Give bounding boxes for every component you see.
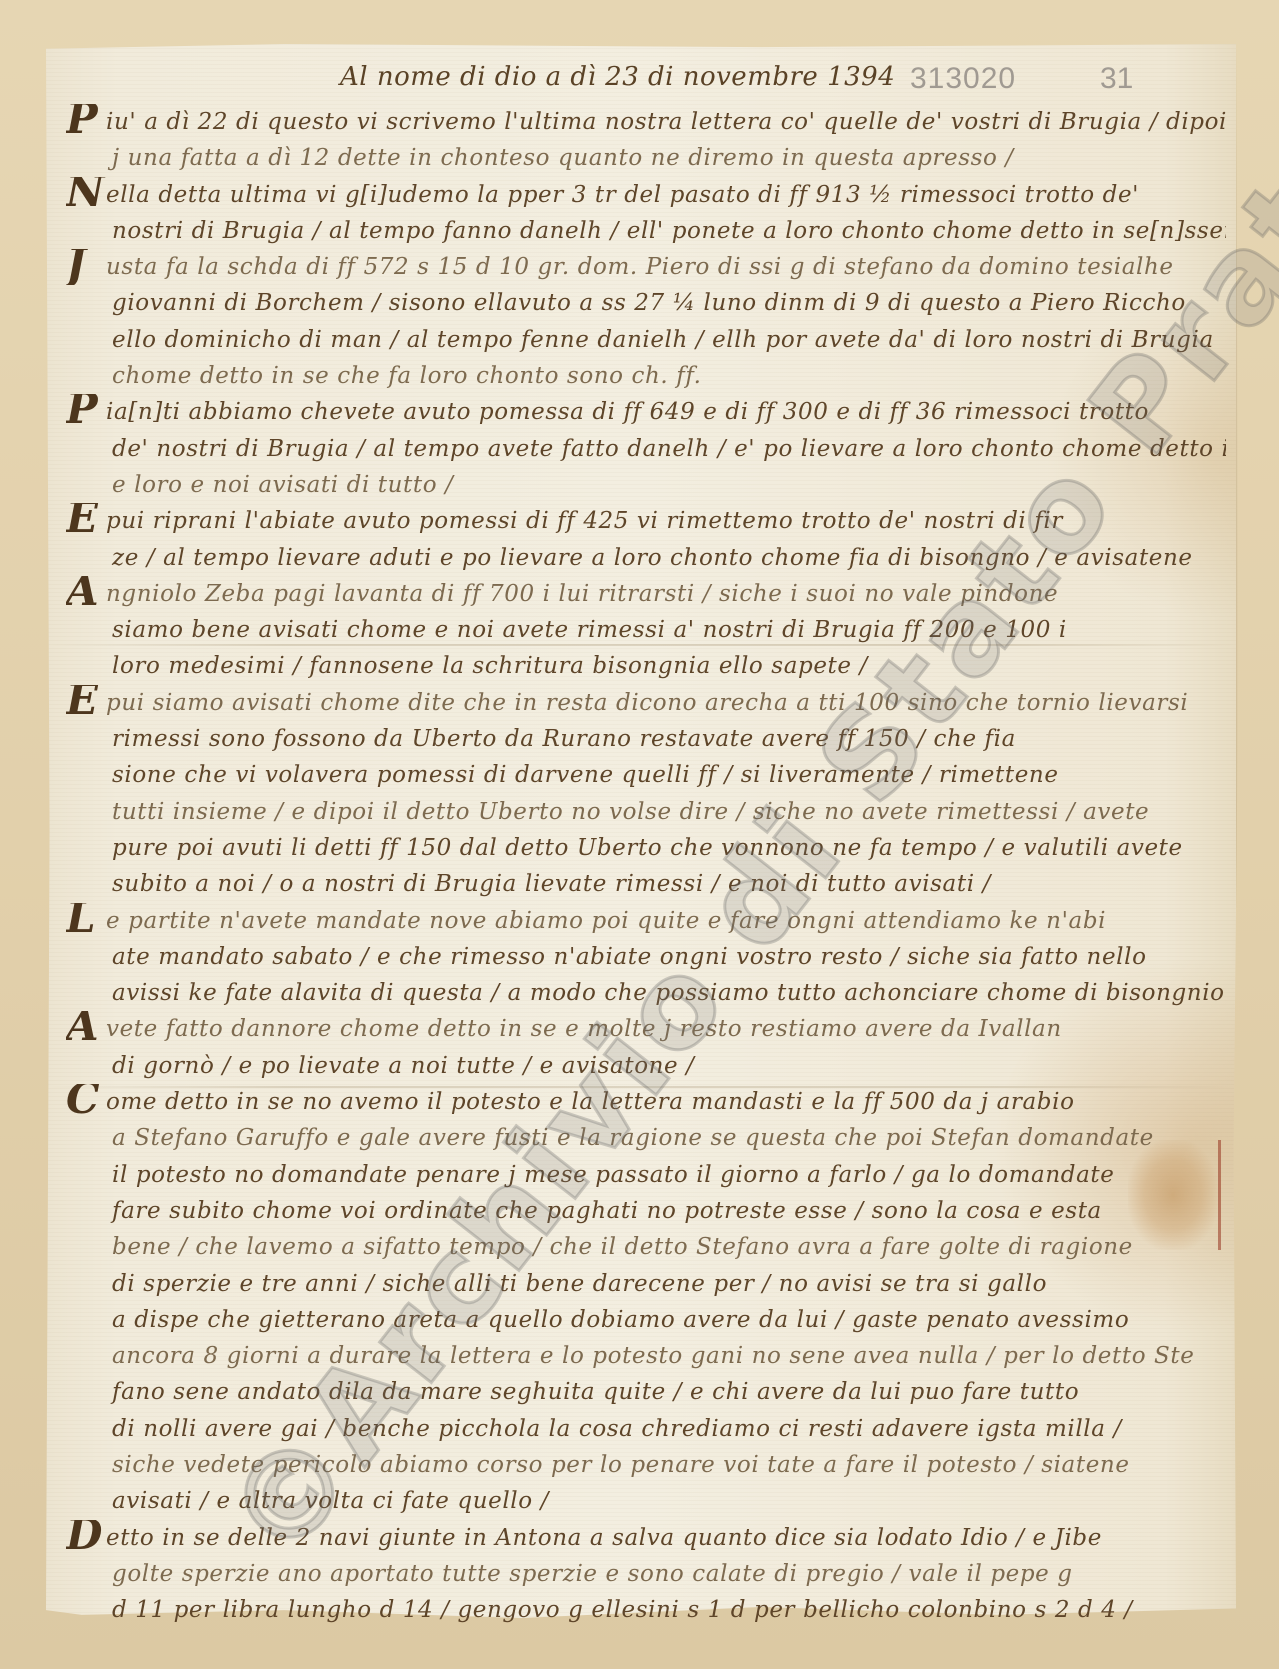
- manuscript-line-text: tutti insieme / e dipoi il detto Uberto …: [112, 799, 1149, 825]
- manuscript-line-text: siche vedete pericolo abiamo corso per l…: [112, 1452, 1130, 1478]
- paragraph-initial: J: [66, 249, 106, 279]
- manuscript-line: Piu' a dì 22 di questo vi scrivemo l'ult…: [66, 104, 1226, 140]
- manuscript-line-text: pure poi avuti li detti ff 150 dal detto…: [112, 835, 1183, 861]
- paragraph-initial: E: [66, 503, 106, 533]
- manuscript-line: il potesto no domandate penare j mese pa…: [66, 1157, 1226, 1193]
- manuscript-line-text: ella detta ultima vi g[i]udemo la pper 3…: [106, 182, 1139, 208]
- manuscript-line: siche vedete pericolo abiamo corso per l…: [66, 1447, 1226, 1483]
- letter-body: Piu' a dì 22 di questo vi scrivemo l'ult…: [66, 104, 1226, 1628]
- manuscript-line-text: rimessi sono fossono da Uberto da Rurano…: [112, 726, 1016, 752]
- manuscript-line-text: j una fatta a dì 12 dette in chonteso qu…: [112, 145, 1014, 171]
- manuscript-line: Come detto in se no avemo il potesto e l…: [66, 1084, 1226, 1120]
- paragraph-initial: A: [66, 1011, 106, 1041]
- manuscript-line: Le partite n'avete mandate nove abiamo p…: [66, 903, 1226, 939]
- manuscript-line: Epui riprani l'abiate avuto pomessi di f…: [66, 503, 1226, 539]
- manuscript-line-text: e partite n'avete mandate nove abiamo po…: [106, 908, 1106, 934]
- manuscript-line: e loro e noi avisati di tutto /: [66, 467, 1226, 503]
- manuscript-line-text: ome detto in se no avemo il potesto e la…: [106, 1089, 1075, 1115]
- manuscript-line-text: nostri di Brugia / al tempo fanno danelh…: [112, 218, 1226, 244]
- manuscript-line: ancora 8 giorni a durare la lettera e lo…: [66, 1338, 1226, 1374]
- manuscript-line: sione che vi volavera pomessi di darvene…: [66, 757, 1226, 793]
- manuscript-line-text: pui riprani l'abiate avuto pomessi di ff…: [106, 508, 1063, 534]
- manuscript-line-text: di sperzie e tre anni / siche alli ti be…: [112, 1271, 1047, 1297]
- manuscript-line-text: ancora 8 giorni a durare la lettera e lo…: [112, 1343, 1194, 1369]
- manuscript-line: fano sene andato dila da mare seghuita q…: [66, 1374, 1226, 1410]
- manuscript-line-text: loro medesimi / fannosene la schritura b…: [112, 653, 868, 679]
- manuscript-line-text: golte sperzie ano aportato tutte sperzie…: [112, 1561, 1073, 1587]
- manuscript-line: nostri di Brugia / al tempo fanno danelh…: [66, 213, 1226, 249]
- manuscript-line-text: fare subito chome voi ordinate che pagha…: [112, 1198, 1102, 1224]
- paragraph-initial: C: [66, 1084, 106, 1114]
- manuscript-line: Angniolo Zeba pagi lavanta di ff 700 i l…: [66, 576, 1226, 612]
- manuscript-line-text: fano sene andato dila da mare seghuita q…: [112, 1379, 1079, 1405]
- manuscript-line-text: de' nostri di Brugia / al tempo avete fa…: [112, 436, 1226, 462]
- manuscript-line: Pia[n]ti abbiamo chevete avuto pomessa d…: [66, 394, 1226, 430]
- paragraph-initial: P: [66, 394, 106, 424]
- manuscript-line-text: avissi ke fate alavita di questa / a mod…: [112, 980, 1226, 1006]
- manuscript-line: Detto in se delle 2 navi giunte in Anton…: [66, 1520, 1226, 1556]
- manuscript-line-text: vete fatto dannore chome detto in se e m…: [106, 1016, 1062, 1042]
- manuscript-line: subito a noi / o a nostri di Brugia liev…: [66, 866, 1226, 902]
- manuscript-line-text: iu' a dì 22 di questo vi scrivemo l'ulti…: [106, 109, 1226, 135]
- manuscript-line-text: a Stefano Garuffo e gale avere fusti e l…: [112, 1125, 1154, 1151]
- manuscript-line-text: pui siamo avisati chome dite che in rest…: [106, 690, 1188, 716]
- archive-stamp-number: 313020: [910, 62, 1016, 96]
- manuscript-line-text: il potesto no domandate penare j mese pa…: [112, 1162, 1114, 1188]
- paragraph-initial: A: [66, 576, 106, 606]
- paragraph-initial: P: [66, 104, 106, 134]
- paragraph-initial: L: [66, 903, 106, 933]
- paragraph-initial: D: [66, 1520, 106, 1550]
- manuscript-line: loro medesimi / fannosene la schritura b…: [66, 648, 1226, 684]
- manuscript-line: j una fatta a dì 12 dette in chonteso qu…: [66, 140, 1226, 176]
- manuscript-line: avisati / e altra volta ci fate quello /: [66, 1483, 1226, 1519]
- manuscript-line-text: ze / al tempo lievare aduti e po lievare…: [112, 545, 1193, 571]
- manuscript-line: ate mandato sabato / e che rimesso n'abi…: [66, 939, 1226, 975]
- manuscript-line: siamo bene avisati chome e noi avete rim…: [66, 612, 1226, 648]
- manuscript-line: Avete fatto dannore chome detto in se e …: [66, 1011, 1226, 1047]
- manuscript-line-text: d 11 per libra lungho d 14 / gengovo g e…: [112, 1597, 1133, 1623]
- manuscript-line: a Stefano Garuffo e gale avere fusti e l…: [66, 1120, 1226, 1156]
- manuscript-line: de' nostri di Brugia / al tempo avete fa…: [66, 431, 1226, 467]
- manuscript-line: di nolli avere gai / benche picchola la …: [66, 1411, 1226, 1447]
- manuscript-line-text: a dispe che gietterano areta a quello do…: [112, 1307, 1129, 1333]
- manuscript-line-text: ia[n]ti abbiamo chevete avuto pomessa di…: [106, 399, 1149, 425]
- manuscript-line: golte sperzie ano aportato tutte sperzie…: [66, 1556, 1226, 1592]
- manuscript-line-text: sione che vi volavera pomessi di darvene…: [112, 762, 1059, 788]
- manuscript-line: avissi ke fate alavita di questa / a mod…: [66, 975, 1226, 1011]
- manuscript-line: pure poi avuti li detti ff 150 dal detto…: [66, 830, 1226, 866]
- letter-heading: Al nome di dio a dì 23 di novembre 1394: [340, 62, 895, 92]
- manuscript-line-text: bene / che lavemo a sifatto tempo / che …: [112, 1234, 1133, 1260]
- manuscript-line: rimessi sono fossono da Uberto da Rurano…: [66, 721, 1226, 757]
- folio-number: 31: [1100, 62, 1133, 96]
- manuscript-line-text: ngniolo Zeba pagi lavanta di ff 700 i lu…: [106, 581, 1058, 607]
- manuscript-line: a dispe che gietterano areta a quello do…: [66, 1302, 1226, 1338]
- manuscript-line-text: di nolli avere gai / benche picchola la …: [112, 1416, 1122, 1442]
- manuscript-line-text: avisati / e altra volta ci fate quello /: [112, 1488, 549, 1514]
- manuscript-line-text: ello dominicho di man / al tempo fenne d…: [112, 327, 1214, 353]
- paragraph-initial: N: [66, 177, 106, 207]
- manuscript-line-text: e loro e noi avisati di tutto /: [112, 472, 453, 498]
- manuscript-line: tutti insieme / e dipoi il detto Uberto …: [66, 794, 1226, 830]
- manuscript-line: Nella detta ultima vi g[i]udemo la pper …: [66, 177, 1226, 213]
- manuscript-line: ze / al tempo lievare aduti e po lievare…: [66, 540, 1226, 576]
- manuscript-line-text: usta fa la schda di ff 572 s 15 d 10 gr.…: [106, 254, 1174, 280]
- manuscript-line-text: subito a noi / o a nostri di Brugia liev…: [112, 871, 991, 897]
- manuscript-line: di gornò / e po lievate a noi tutte / e …: [66, 1048, 1226, 1084]
- manuscript-line: bene / che lavemo a sifatto tempo / che …: [66, 1229, 1226, 1265]
- manuscript-line: fare subito chome voi ordinate che pagha…: [66, 1193, 1226, 1229]
- paragraph-initial: E: [66, 685, 106, 715]
- manuscript-line-text: chome detto in se che fa loro chonto son…: [112, 363, 702, 389]
- manuscript-line-text: giovanni di Borchem / sisono ellavuto a …: [112, 290, 1186, 316]
- manuscript-line: giovanni di Borchem / sisono ellavuto a …: [66, 285, 1226, 321]
- manuscript-line-text: siamo bene avisati chome e noi avete rim…: [112, 617, 1067, 643]
- manuscript-line-text: etto in se delle 2 navi giunte in Antona…: [106, 1525, 1102, 1551]
- manuscript-line-text: di gornò / e po lievate a noi tutte / e …: [112, 1053, 695, 1079]
- manuscript-line: Justa fa la schda di ff 572 s 15 d 10 gr…: [66, 249, 1226, 285]
- manuscript-line: Epui siamo avisati chome dite che in res…: [66, 685, 1226, 721]
- manuscript-line: ello dominicho di man / al tempo fenne d…: [66, 322, 1226, 358]
- manuscript-line: di sperzie e tre anni / siche alli ti be…: [66, 1266, 1226, 1302]
- manuscript-line-text: ate mandato sabato / e che rimesso n'abi…: [112, 944, 1147, 970]
- manuscript-line: d 11 per libra lungho d 14 / gengovo g e…: [66, 1592, 1226, 1628]
- manuscript-line: chome detto in se che fa loro chonto son…: [66, 358, 1226, 394]
